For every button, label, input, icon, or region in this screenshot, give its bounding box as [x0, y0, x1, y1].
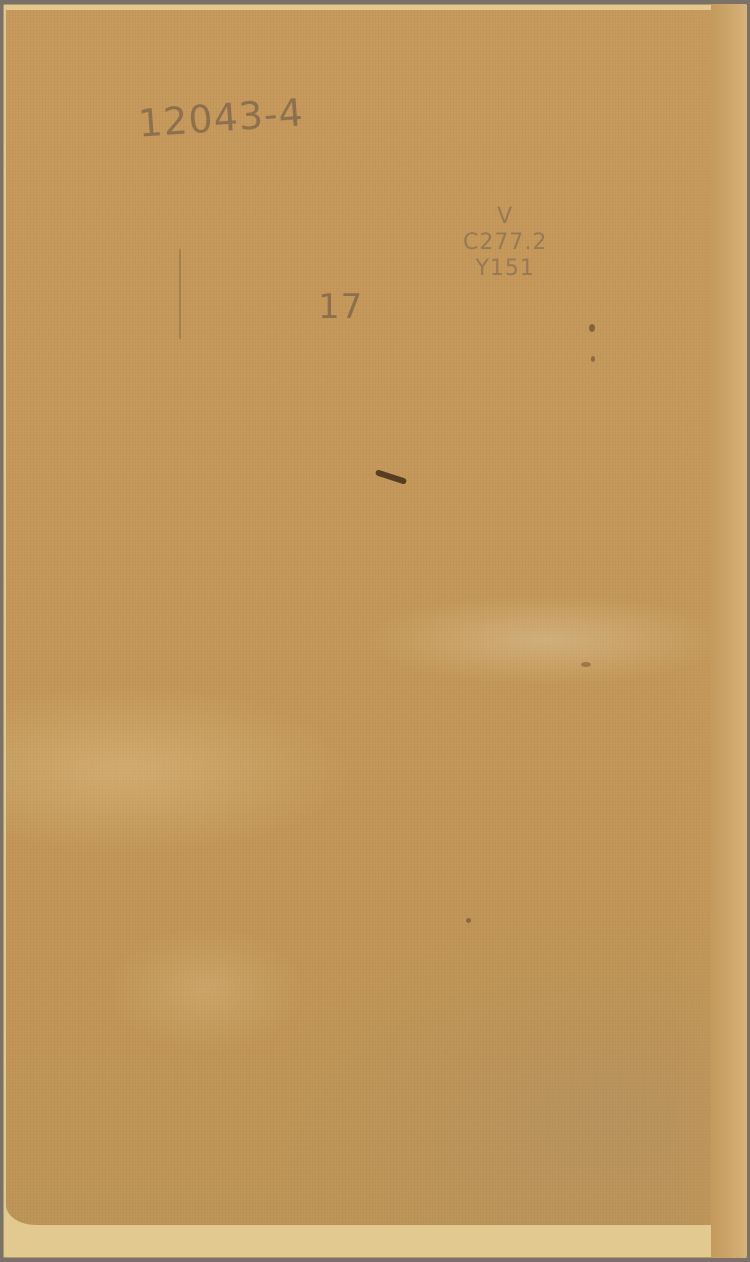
stain-spot [581, 662, 591, 667]
exposed-board-edge [711, 4, 747, 1258]
call-number-line1: V [463, 204, 547, 230]
call-number: V C277.2 Y151 [463, 204, 547, 282]
call-number-line2: C277.2 [463, 230, 547, 256]
volume-number: 17 [318, 287, 363, 327]
scanned-book-cover: 12043-4 V C277.2 Y151 17 [0, 0, 750, 1262]
stain-spot [589, 324, 595, 332]
call-number-line3: Y151 [463, 256, 547, 282]
stain-spot [591, 356, 595, 362]
cover-board: 12043-4 V C277.2 Y151 17 [3, 4, 747, 1258]
stain-spot [466, 918, 471, 923]
pencil-stroke [179, 249, 181, 339]
cloth-binding [6, 10, 714, 1225]
